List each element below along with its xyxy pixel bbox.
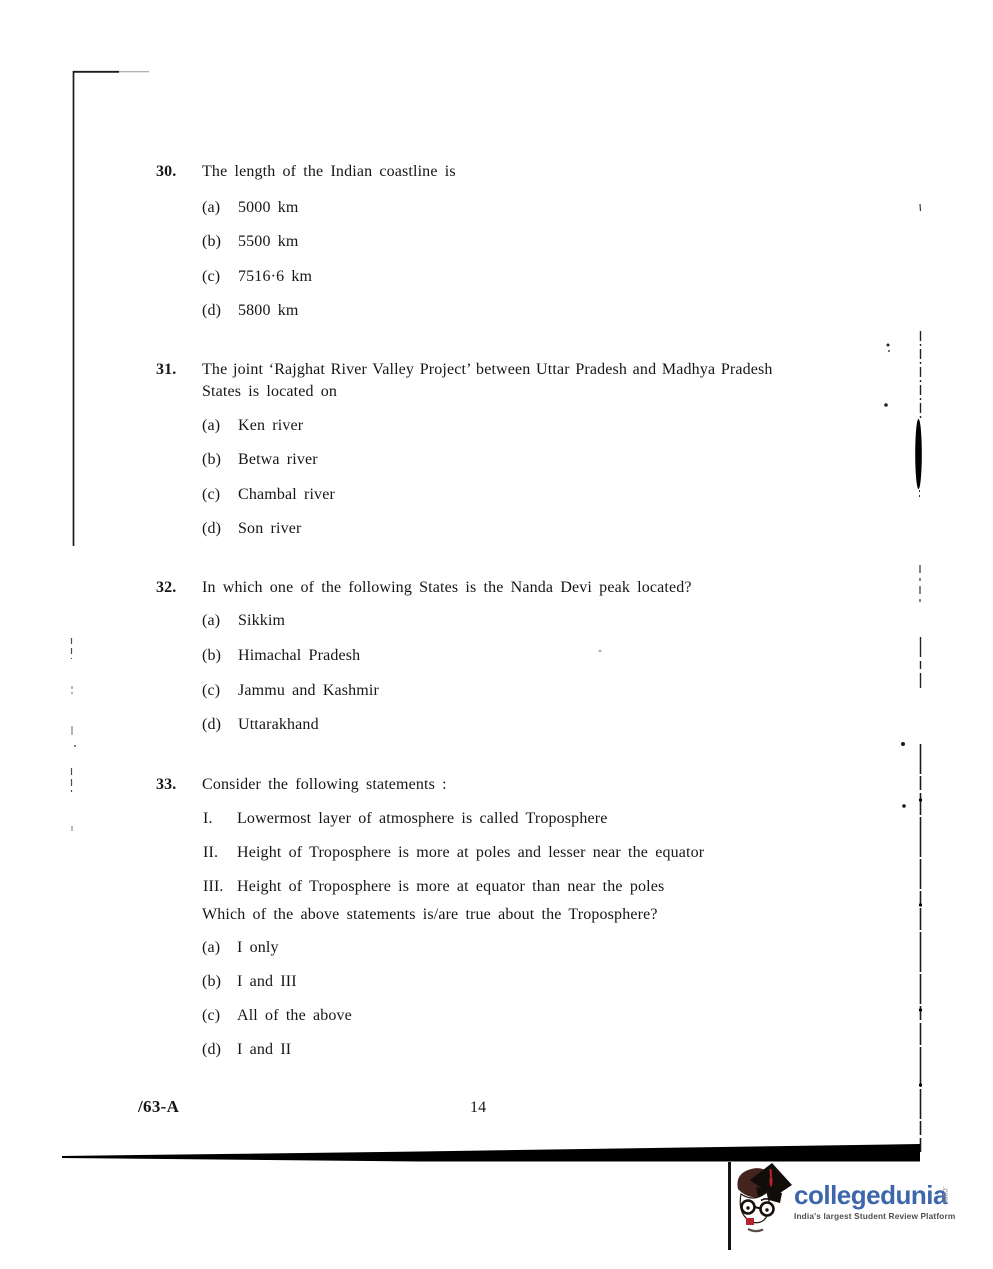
option-label: (d) — [202, 520, 221, 538]
right-border-blob — [915, 419, 922, 489]
option-text: 5800 km — [238, 302, 299, 320]
option-label: (b) — [202, 451, 221, 469]
option-label: (a) — [202, 199, 220, 217]
option-text: Betwa river — [238, 451, 318, 469]
option-label: (b) — [202, 233, 221, 251]
option-label: (c) — [202, 1007, 220, 1025]
option-text: Ken river — [238, 417, 303, 435]
question-closing-text: Which of the above statements is/are tru… — [202, 906, 658, 924]
option-text: All of the above — [237, 1007, 352, 1025]
logo-tagline: India's largest Student Review Platform — [794, 1211, 955, 1221]
question-text: Consider the following statements : — [202, 776, 447, 794]
speck — [887, 344, 890, 347]
option-text: Uttarakhand — [238, 716, 319, 734]
logo-domain-suffix: .com — [941, 1186, 950, 1203]
logo-left-bar — [728, 1162, 731, 1250]
bottom-rule — [62, 1144, 920, 1162]
option-label: (b) — [202, 647, 221, 665]
page-number: 14 — [470, 1099, 486, 1117]
right-margin-tick — [920, 204, 921, 211]
option-text: I and II — [237, 1041, 291, 1059]
statement-text: Height of Troposphere is more at equator… — [237, 878, 664, 896]
collegedunia-logo: collegedunia .com India's largest Studen… — [726, 1160, 993, 1260]
option-text: I and III — [237, 973, 297, 991]
option-label: (d) — [202, 716, 221, 734]
question-text: The length of the Indian coastline is — [202, 163, 456, 181]
option-label: (d) — [202, 302, 221, 320]
speck — [902, 804, 906, 808]
option-text: Himachal Pradesh — [238, 647, 360, 665]
speck — [919, 1008, 922, 1011]
option-label: (c) — [202, 682, 220, 700]
exam-paper-page: 30. The length of the Indian coastline i… — [0, 0, 993, 1269]
scan-artifacts — [0, 0, 993, 1269]
speck — [599, 650, 602, 653]
speck — [901, 742, 905, 746]
statement-text: Height of Troposphere is more at poles a… — [237, 844, 704, 862]
option-text: 5000 km — [238, 199, 299, 217]
question-number: 31. — [156, 361, 176, 379]
speck — [888, 350, 890, 352]
option-label: (a) — [202, 939, 220, 957]
question-number: 30. — [156, 163, 176, 181]
option-text: Son river — [238, 520, 301, 538]
speck — [919, 1083, 922, 1086]
option-text: 7516·6 km — [238, 268, 312, 286]
option-label: (a) — [202, 612, 220, 630]
speck — [884, 403, 888, 407]
statement-text: Lowermost layer of atmosphere is called … — [237, 810, 607, 828]
speck — [919, 798, 922, 801]
question-number: 32. — [156, 579, 176, 597]
option-text: 5500 km — [238, 233, 299, 251]
question-number: 33. — [156, 776, 176, 794]
option-label: (d) — [202, 1041, 221, 1059]
statement-label: III. — [203, 878, 224, 896]
speck — [919, 903, 922, 906]
statement-label: II. — [203, 844, 218, 862]
option-text: Chambal river — [238, 486, 335, 504]
option-text: Sikkim — [238, 612, 285, 630]
option-text: I only — [237, 939, 279, 957]
logo-brand-text: collegedunia — [794, 1180, 947, 1211]
statement-label: I. — [203, 810, 213, 828]
option-label: (c) — [202, 268, 220, 286]
question-text: In which one of the following States is … — [202, 579, 692, 597]
question-text: States is located on — [202, 383, 337, 401]
footer-booklet-code: /63-A — [138, 1097, 179, 1117]
speck — [74, 745, 76, 747]
option-text: Jammu and Kashmir — [238, 682, 379, 700]
question-text: The joint ‘Rajghat River Valley Project’… — [202, 361, 773, 379]
option-label: (a) — [202, 417, 220, 435]
collegedunia-mascot-icon — [734, 1163, 798, 1235]
option-label: (c) — [202, 486, 220, 504]
option-label: (b) — [202, 973, 221, 991]
